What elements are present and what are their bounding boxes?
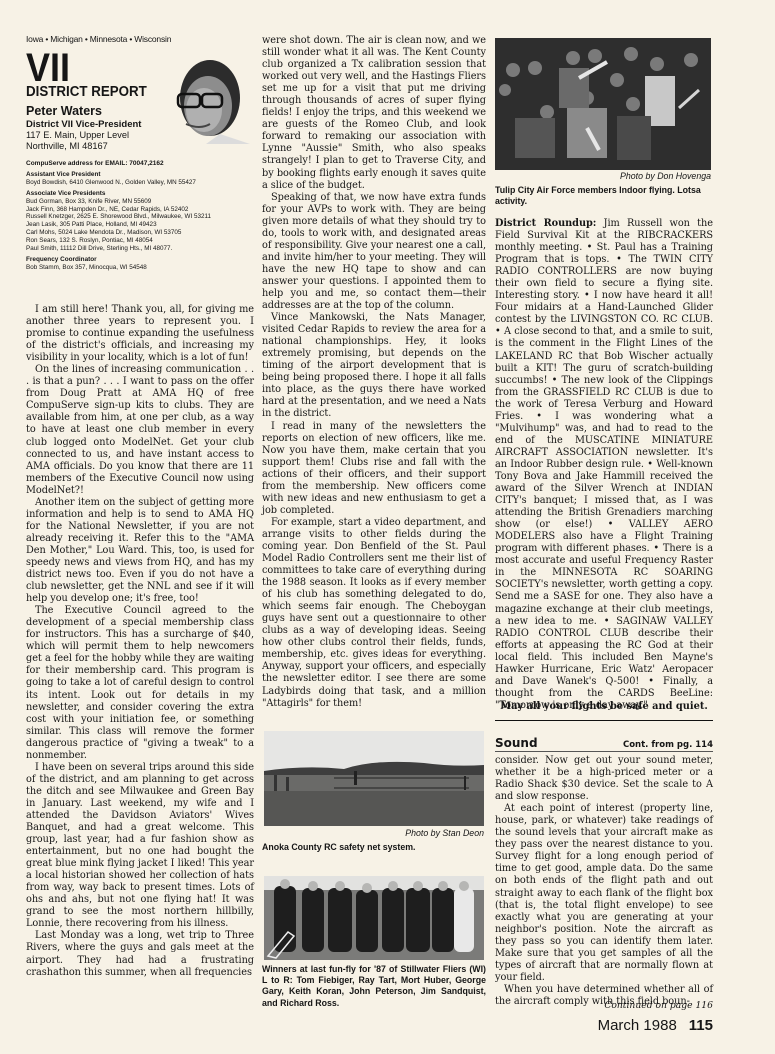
- assistant-vp: Boyd Bowdish, 6410 Glenwood N., Golden V…: [26, 179, 254, 187]
- photo-caption: Winners at last fun-fly for '87 of Still…: [262, 964, 486, 1009]
- paragraph: I have been on several trips around this…: [26, 762, 254, 931]
- photo-caption: Anoka County RC safety net system.: [262, 842, 486, 853]
- page-number: 115: [689, 1017, 713, 1034]
- associate-vp-item: Jack Finn, 368 Hampden Dr., NE, Cedar Ra…: [26, 206, 254, 214]
- address-line-2: Northville, MI 48167: [26, 141, 129, 152]
- associate-vp-item: Ron Sears, 132 S. Roslyn, Pontiac, MI 48…: [26, 237, 254, 245]
- photo-caption: Tulip City Air Force members Indoor flyi…: [495, 185, 713, 207]
- paragraph: Another item on the subject of getting m…: [26, 497, 254, 605]
- paragraph: The Executive Council agreed to the deve…: [26, 605, 254, 762]
- roundup-paragraph: District Roundup: Jim Russell won the Fi…: [495, 218, 713, 712]
- photo-credit: Photo by Stan Deon: [262, 828, 484, 838]
- sound-title: Sound: [495, 736, 538, 750]
- article-body-left: I am still here! Thank you, all, for giv…: [26, 304, 254, 979]
- paragraph: consider. Now get out your sound meter, …: [495, 755, 713, 803]
- frequency-coordinator: Bob Stamm, Box 357, Minocqua, WI 54548: [26, 264, 254, 272]
- roundup-text: Jim Russell won the Field Survival Kit a…: [495, 218, 713, 711]
- sound-section-header: Sound Cont. from pg. 114: [495, 736, 713, 752]
- district-roundup: District Roundup: Jim Russell won the Fi…: [495, 218, 713, 712]
- divider: [495, 720, 713, 721]
- issue-date: March 1988: [598, 1017, 677, 1034]
- paragraph: I read in many of the newsletters the re…: [262, 421, 486, 517]
- paragraph: Vince Mankowski, the Nats Manager, visit…: [262, 312, 486, 420]
- author-title: District VII Vice-President: [26, 119, 141, 130]
- paragraph: Speaking of that, we now have extra fund…: [262, 192, 486, 312]
- author-name: Peter Waters: [26, 104, 102, 118]
- paragraph: Last Monday was a long, wet trip to Thre…: [26, 930, 254, 978]
- paragraph: were shot down. The air is clean now, an…: [262, 35, 486, 192]
- address-line-1: 117 E. Main, Upper Level: [26, 130, 129, 141]
- continued-from: Cont. from pg. 114: [623, 740, 713, 750]
- section-title: DISTRICT REPORT: [26, 84, 147, 100]
- frequency-coordinator-heading: Frequency Coordinator: [26, 256, 254, 264]
- district-numeral: VII: [26, 48, 70, 88]
- continued-on: Continued on page 116: [495, 1000, 713, 1011]
- sound-body: consider. Now get out your sound meter, …: [495, 755, 713, 1008]
- associate-vp-item: Paul Smith, 11112 Dill Drive, Sterling H…: [26, 245, 254, 253]
- paragraph: I am still here! Thank you, all, for giv…: [26, 304, 254, 364]
- associate-vp-item: Bud Gorman, Box 33, Knife River, MN 5560…: [26, 198, 254, 206]
- roundup-label: District Roundup:: [495, 218, 596, 229]
- page-footer: March 1988115: [495, 1017, 713, 1034]
- signoff: May all your flights be safe and quiet.: [495, 701, 713, 712]
- assistant-vp-heading: Assistant Vice President: [26, 171, 254, 179]
- associate-vp-heading: Associate Vice Presidents: [26, 190, 254, 198]
- stillwater-fliers-group-photo: [264, 876, 484, 960]
- author-portrait-photo: [166, 54, 250, 144]
- photo-credit: Photo by Don Hovenga: [495, 171, 711, 181]
- tulip-city-indoor-flying-photo: [495, 38, 711, 170]
- associate-vp-item: Carl Mohs, 5024 Lake Mendota Dr., Madiso…: [26, 229, 254, 237]
- email-line: CompuServe address for EMAIL: 70047,2162: [26, 160, 254, 168]
- associate-vp-item: Russell Knetzger, 2625 E. Shorewood Blvd…: [26, 213, 254, 221]
- district-states: Iowa • Michigan • Minnesota • Wisconsin: [26, 34, 171, 44]
- article-body-middle: were shot down. The air is clean now, an…: [262, 35, 486, 710]
- paragraph: On the lines of increasing communication…: [26, 364, 254, 497]
- officers-list: CompuServe address for EMAIL: 70047,2162…: [26, 160, 254, 272]
- associate-vp-item: Jean Lasik, 305 Patti Place, Holland, MI…: [26, 221, 254, 229]
- paragraph: At each point of interest (property line…: [495, 803, 713, 984]
- paragraph: For example, start a video department, a…: [262, 517, 486, 710]
- author-address: 117 E. Main, Upper Level Northville, MI …: [26, 130, 129, 151]
- safety-net-field-photo: [264, 731, 484, 826]
